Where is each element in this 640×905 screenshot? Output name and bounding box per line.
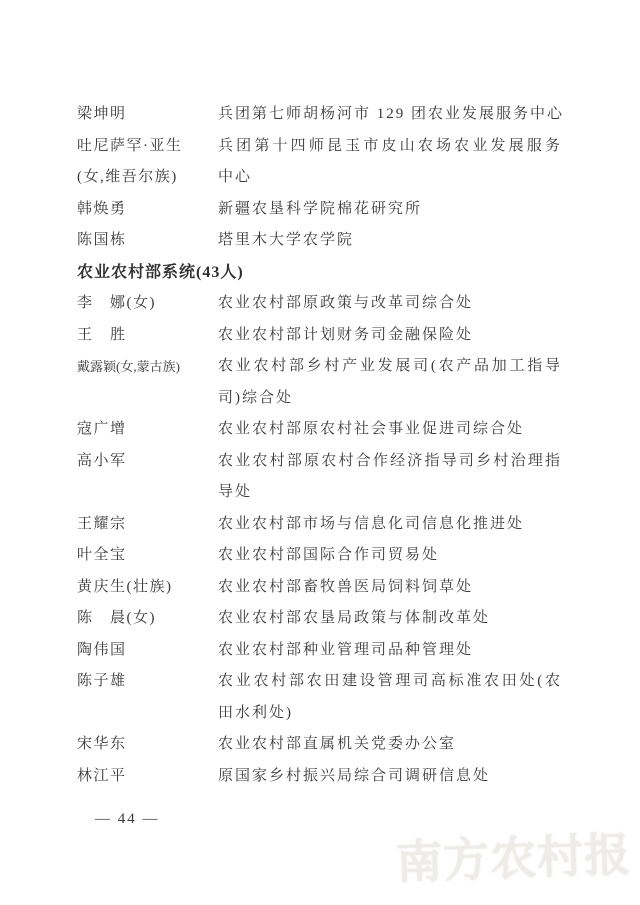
roster-list: 梁坤明兵团第七师胡杨河市 129 团农业发展服务中心吐尼萨罕·亚生(女,维吾尔族…: [77, 99, 562, 792]
entry-name-line: 李 娜(女): [77, 288, 218, 320]
list-item: 陈国栋塔里木大学农学院: [77, 225, 562, 257]
entry-name: 吐尼萨罕·亚生(女,维吾尔族): [77, 131, 218, 194]
entry-org: 农业农村部农垦局政策与体制改革处: [218, 603, 562, 635]
entry-org: 农业农村部乡村产业发展司(农产品加工指导司)综合处: [218, 351, 562, 414]
list-item: 陈 晨(女)农业农村部农垦局政策与体制改革处: [77, 603, 562, 635]
list-item: 王 胜农业农村部计划财务司金融保险处: [77, 320, 562, 352]
entry-name-line: (女,维吾尔族): [77, 162, 218, 194]
entry-org: 农业农村部国际合作司贸易处: [218, 540, 562, 572]
entry-org-line: 中心: [218, 162, 562, 194]
document-page: 梁坤明兵团第七师胡杨河市 129 团农业发展服务中心吐尼萨罕·亚生(女,维吾尔族…: [0, 0, 640, 905]
entry-org: 塔里木大学农学院: [218, 225, 562, 257]
entry-name-line: 林江平: [77, 761, 218, 793]
entry-name-line: 韩焕勇: [77, 194, 218, 226]
list-item: 林江平原国家乡村振兴局综合司调研信息处: [77, 761, 562, 793]
entry-name: 黄庆生(壮族): [77, 572, 218, 604]
entry-name-line: 叶全宝: [77, 540, 218, 572]
list-item: 吐尼萨罕·亚生(女,维吾尔族)兵团第十四师昆玉市皮山农场农业发展服务中心: [77, 131, 562, 194]
entry-org: 农业农村部市场与信息化司信息化推进处: [218, 509, 562, 541]
entry-org: 农业农村部种业管理司品种管理处: [218, 635, 562, 667]
entry-org: 农业农村部计划财务司金融保险处: [218, 320, 562, 352]
list-item: 宋华东农业农村部直属机关党委办公室: [77, 729, 562, 761]
entry-name: 陈 晨(女): [77, 603, 218, 635]
entry-name: 林江平: [77, 761, 218, 793]
list-item: 陶伟国农业农村部种业管理司品种管理处: [77, 635, 562, 667]
entry-org: 农业农村部原农村合作经济指导司乡村治理指导处: [218, 446, 562, 509]
entry-name-line: 陈 晨(女): [77, 603, 218, 635]
entry-org: 农业农村部畜牧兽医局饲料饲草处: [218, 572, 562, 604]
list-item: 梁坤明兵团第七师胡杨河市 129 团农业发展服务中心: [77, 99, 562, 131]
list-item: 黄庆生(壮族)农业农村部畜牧兽医局饲料饲草处: [77, 572, 562, 604]
entry-name-line: 吐尼萨罕·亚生: [77, 131, 218, 163]
entry-name-line: 戴露颖(女,蒙古族): [77, 351, 218, 383]
entry-org-line: 司)综合处: [218, 383, 562, 415]
entry-org-line: 塔里木大学农学院: [218, 225, 562, 257]
entry-name: 陈子雄: [77, 666, 218, 729]
entry-org: 农业农村部原政策与改革司综合处: [218, 288, 562, 320]
entry-name: 叶全宝: [77, 540, 218, 572]
entry-org-line: 兵团第十四师昆玉市皮山农场农业发展服务: [218, 131, 562, 163]
list-item: 陈子雄农业农村部农田建设管理司高标准农田处(农田水利处): [77, 666, 562, 729]
entry-name-line: 梁坤明: [77, 99, 218, 131]
entry-org-line: 农业农村部畜牧兽医局饲料饲草处: [218, 572, 562, 604]
entry-org-line: 农业农村部乡村产业发展司(农产品加工指导: [218, 351, 562, 383]
entry-name: 韩焕勇: [77, 194, 218, 226]
entry-org: 兵团第七师胡杨河市 129 团农业发展服务中心: [218, 99, 562, 131]
entry-name-line: 寇广增: [77, 414, 218, 446]
entry-name: 戴露颖(女,蒙古族): [77, 351, 218, 414]
page-number: — 44 —: [77, 804, 562, 836]
entry-org-line: 兵团第七师胡杨河市 129 团农业发展服务中心: [218, 99, 562, 131]
entry-name-line: 黄庆生(壮族): [77, 572, 218, 604]
entry-org-line: 农业农村部农田建设管理司高标准农田处(农: [218, 666, 562, 698]
entry-org-line: 田水利处): [218, 698, 562, 730]
entry-org-line: 导处: [218, 477, 562, 509]
entry-name: 寇广增: [77, 414, 218, 446]
entry-org: 兵团第十四师昆玉市皮山农场农业发展服务中心: [218, 131, 562, 194]
entry-name-line: 陈子雄: [77, 666, 218, 698]
entry-name: 陈国栋: [77, 225, 218, 257]
entry-name: 宋华东: [77, 729, 218, 761]
entry-org-line: 农业农村部种业管理司品种管理处: [218, 635, 562, 667]
entry-name-line: 陶伟国: [77, 635, 218, 667]
entry-name-line: 陈国栋: [77, 225, 218, 257]
entry-name: 高小军: [77, 446, 218, 509]
entry-name: 梁坤明: [77, 99, 218, 131]
entry-name-line: 王耀宗: [77, 509, 218, 541]
entry-name-line: 宋华东: [77, 729, 218, 761]
entry-name: 陶伟国: [77, 635, 218, 667]
entry-org: 原国家乡村振兴局综合司调研信息处: [218, 761, 562, 793]
entry-name-line: 高小军: [77, 446, 218, 478]
entry-name: 王 胜: [77, 320, 218, 352]
entry-org-line: 农业农村部原农村合作经济指导司乡村治理指: [218, 446, 562, 478]
entry-org-line: 原国家乡村振兴局综合司调研信息处: [218, 761, 562, 793]
entry-org-line: 农业农村部农垦局政策与体制改革处: [218, 603, 562, 635]
entry-org: 新疆农垦科学院棉花研究所: [218, 194, 562, 226]
list-item: 叶全宝农业农村部国际合作司贸易处: [77, 540, 562, 572]
list-item: 高小军农业农村部原农村合作经济指导司乡村治理指导处: [77, 446, 562, 509]
entry-org-line: 农业农村部原政策与改革司综合处: [218, 288, 562, 320]
entry-org-line: 农业农村部计划财务司金融保险处: [218, 320, 562, 352]
list-item: 戴露颖(女,蒙古族)农业农村部乡村产业发展司(农产品加工指导司)综合处: [77, 351, 562, 414]
entry-name: 王耀宗: [77, 509, 218, 541]
list-item: 韩焕勇新疆农垦科学院棉花研究所: [77, 194, 562, 226]
entry-org-line: 农业农村部原农村社会事业促进司综合处: [218, 414, 562, 446]
entry-org: 农业农村部直属机关党委办公室: [218, 729, 562, 761]
entry-org: 农业农村部原农村社会事业促进司综合处: [218, 414, 562, 446]
entry-org-line: 农业农村部国际合作司贸易处: [218, 540, 562, 572]
entry-name: 李 娜(女): [77, 288, 218, 320]
entry-org-line: 农业农村部市场与信息化司信息化推进处: [218, 509, 562, 541]
list-item: 李 娜(女)农业农村部原政策与改革司综合处: [77, 288, 562, 320]
list-item: 王耀宗农业农村部市场与信息化司信息化推进处: [77, 509, 562, 541]
entry-org-line: 新疆农垦科学院棉花研究所: [218, 194, 562, 226]
entry-org-line: 农业农村部直属机关党委办公室: [218, 729, 562, 761]
list-item: 寇广增农业农村部原农村社会事业促进司综合处: [77, 414, 562, 446]
entry-org: 农业农村部农田建设管理司高标准农田处(农田水利处): [218, 666, 562, 729]
entry-name-line: 王 胜: [77, 320, 218, 352]
section-header: 农业农村部系统(43人): [77, 257, 562, 289]
